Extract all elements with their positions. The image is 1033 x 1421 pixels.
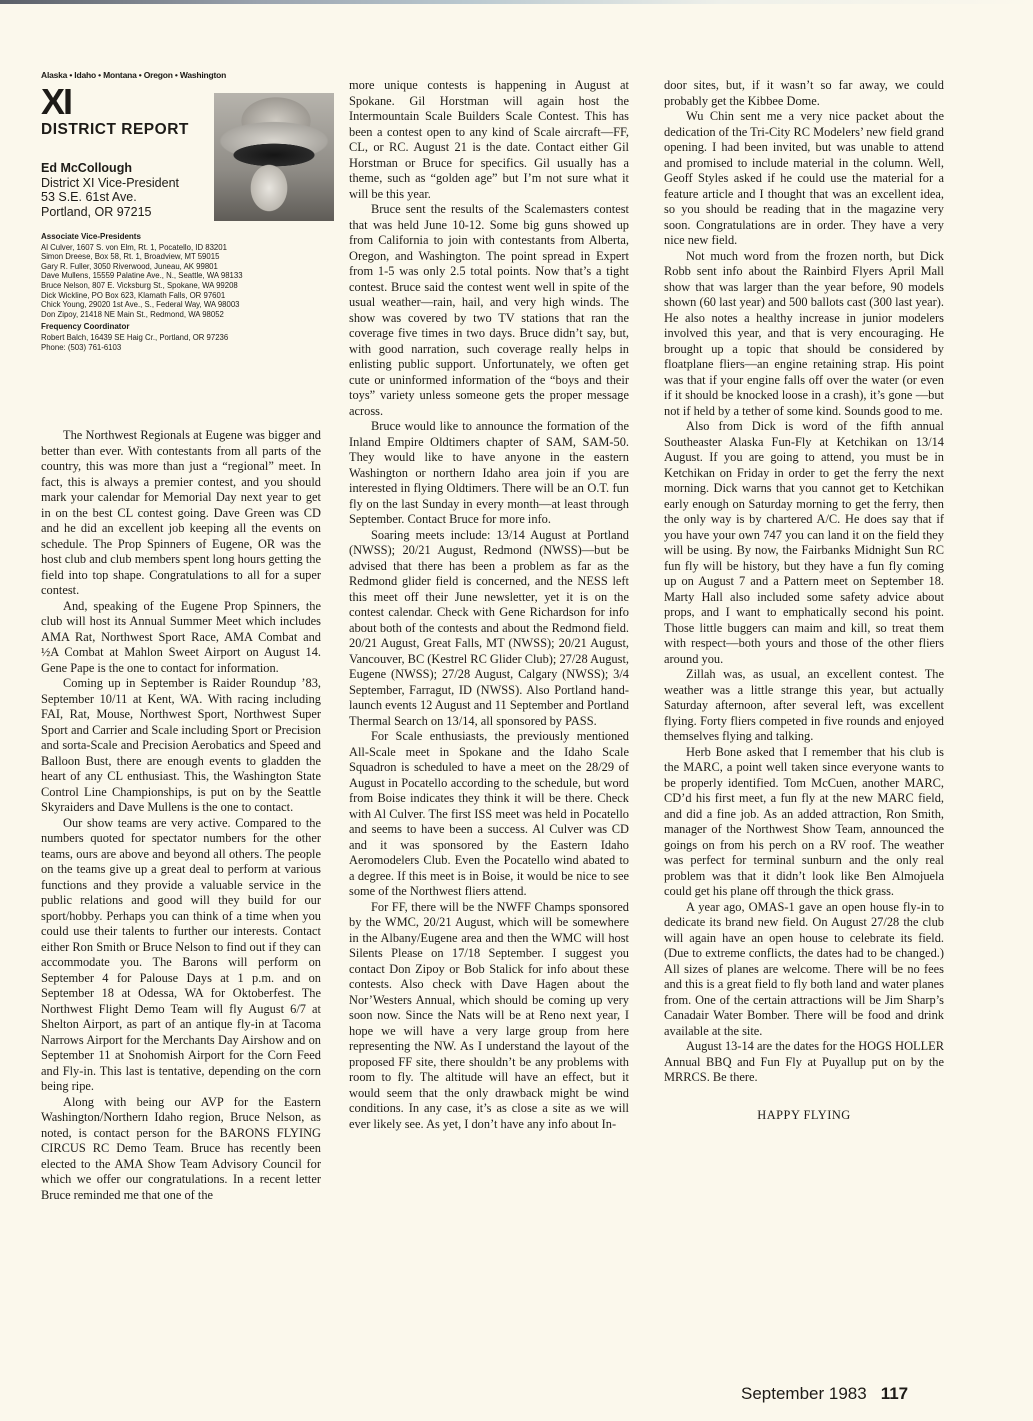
article-column-3: door sites, but, if it wasn’t so far awa…	[664, 78, 944, 1123]
paragraph: And, speaking of the Eugene Prop Spinner…	[41, 599, 321, 677]
paragraph: more unique contests is happening in Aug…	[349, 78, 629, 202]
paragraph: Wu Chin sent me a very nice packet about…	[664, 109, 944, 249]
paragraph: Zillah was, as usual, an excellent conte…	[664, 667, 944, 745]
issue-date: September 1983	[741, 1384, 867, 1403]
frequency-coordinator-phone: Phone: (503) 761-6103	[41, 343, 341, 353]
district-states: Alaska • Idaho • Montana • Oregon • Wash…	[41, 70, 336, 80]
paragraph: Also from Dick is word of the fifth annu…	[664, 419, 944, 667]
associate-entry: Simon Dreese, Box 58, Rt. 1, Broadview, …	[41, 252, 341, 262]
paragraph: Along with being our AVP for the Eastern…	[41, 1095, 321, 1204]
associate-entry: Gary R. Fuller, 3050 Riverwood, Juneau, …	[41, 262, 341, 272]
paragraph: Our show teams are very active. Compared…	[41, 816, 321, 1095]
article-column-1: The Northwest Regionals at Eugene was bi…	[41, 428, 321, 1203]
paragraph: For FF, there will be the NWFF Champs sp…	[349, 900, 629, 1133]
associate-entry: Al Culver, 1607 S. von Elm, Rt. 1, Pocat…	[41, 243, 341, 253]
page-number: 117	[881, 1384, 908, 1403]
associates-heading: Associate Vice-Presidents	[41, 232, 341, 242]
signoff: HAPPY FLYING	[664, 1108, 944, 1124]
associate-entry: Bruce Nelson, 807 E. Vicksburg St., Spok…	[41, 281, 341, 291]
paragraph: Bruce would like to announce the formati…	[349, 419, 629, 528]
page-top-edge	[0, 0, 1033, 4]
paragraph: Not much word from the frozen north, but…	[664, 249, 944, 420]
paragraph: Coming up in September is Raider Roundup…	[41, 676, 321, 816]
frequency-coordinator-heading: Frequency Coordinator	[41, 322, 341, 332]
paragraph: For Scale enthusiasts, the previously me…	[349, 729, 629, 900]
associate-entry: Chick Young, 29020 1st Ave., S., Federal…	[41, 300, 341, 310]
paragraph: August 13-14 are the dates for the HOGS …	[664, 1039, 944, 1086]
paragraph: Bruce sent the results of the Scalemaste…	[349, 202, 629, 419]
paragraph: Herb Bone asked that I remember that his…	[664, 745, 944, 900]
associate-entry: Don Zipoy, 21418 NE Main St., Redmond, W…	[41, 310, 341, 320]
portrait-photo	[214, 93, 334, 221]
associate-entry: Dave Mullens, 15559 Palatine Ave., N., S…	[41, 271, 341, 281]
paragraph: The Northwest Regionals at Eugene was bi…	[41, 428, 321, 599]
paragraph: door sites, but, if it wasn’t so far awa…	[664, 78, 944, 109]
paragraph: Soaring meets include: 13/14 August at P…	[349, 528, 629, 730]
page-footer: September 1983117	[741, 1384, 908, 1404]
paragraph: A year ago, OMAS-1 gave an open house fl…	[664, 900, 944, 1040]
frequency-coordinator-address: Robert Balch, 16439 SE Haig Cr., Portlan…	[41, 333, 341, 343]
article-column-2: more unique contests is happening in Aug…	[349, 78, 629, 1132]
associate-entry: Dick Wickline, PO Box 623, Klamath Falls…	[41, 291, 341, 301]
associate-vps: Associate Vice-Presidents Al Culver, 160…	[41, 232, 341, 352]
